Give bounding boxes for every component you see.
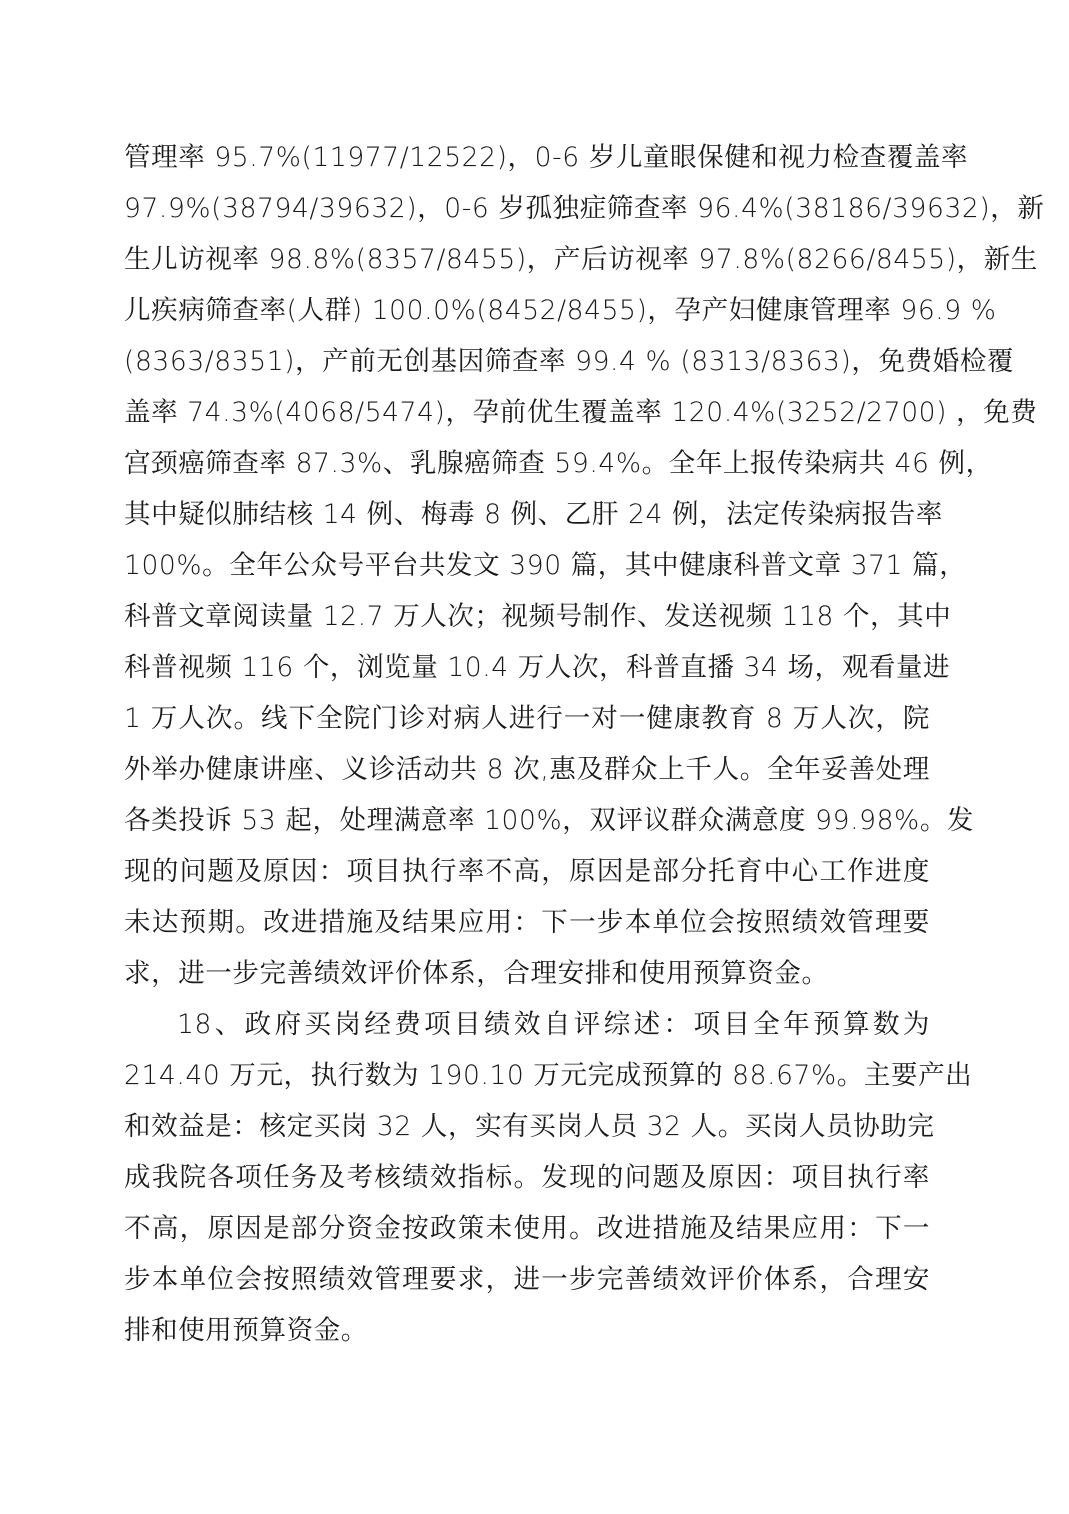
text-line: 科普视频 116 个，浏览量 10.4 万人次，科普直播 34 场，观看量进 (124, 648, 930, 688)
text-line: 其中疑似肺结核 14 例、梅毒 8 例、乙肝 24 例，法定传染病报告率 (124, 495, 930, 535)
text-line: 排和使用预算资金。 (124, 1311, 930, 1351)
document-page: 管理率 95.7%(11977/12522)，0-6 岁儿童眼保健和视力检查覆盖… (0, 0, 1069, 1514)
text-line: 各类投诉 53 起，处理满意率 100%，双评议群众满意度 99.98%。发 (124, 801, 930, 841)
text-line: 和效益是：核定买岗 32 人，实有买岗人员 32 人。买岗人员协助完 (124, 1107, 930, 1147)
text-line: 未达预期。改进措施及结果应用：下一步本单位会按照绩效管理要 (124, 903, 930, 943)
text-line: 步本单位会按照绩效管理要求，进一步完善绩效评价体系，合理安 (124, 1260, 930, 1300)
text-line: 现的问题及原因：项目执行率不高，原因是部分托育中心工作进度 (124, 852, 930, 892)
text-line: 成我院各项任务及考核绩效指标。发现的问题及原因：项目执行率 (124, 1158, 930, 1198)
paragraph-heading-line: 18、政府买岗经费项目绩效自评综述：项目全年预算数为 (177, 1005, 930, 1045)
text-line: 不高，原因是部分资金按政策未使用。改进措施及结果应用：下一 (124, 1209, 930, 1249)
text-line: 科普文章阅读量 12.7 万人次；视频号制作、发送视频 118 个，其中 (124, 597, 930, 637)
text-line: 97.9%(38794/39632)，0-6 岁孤独症筛查率 96.4%(381… (124, 189, 930, 229)
text-line: 生儿访视率 98.8%(8357/8455)，产后访视率 97.8%(8266/… (124, 240, 930, 280)
text-line: 盖率 74.3%(4068/5474)，孕前优生覆盖率 120.4%(3252/… (124, 393, 930, 433)
text-line: 100%。全年公众号平台共发文 390 篇，其中健康科普文章 371 篇， (124, 546, 930, 586)
text-line: 外举办健康讲座、义诊活动共 8 次,惠及群众上千人。全年妥善处理 (124, 750, 930, 790)
text-line: 求，进一步完善绩效评价体系，合理安排和使用预算资金。 (124, 954, 930, 994)
text-line: 儿疾病筛查率(人群) 100.0%(8452/8455)，孕产妇健康管理率 96… (124, 291, 930, 331)
text-line: (8363/8351)，产前无创基因筛查率 99.4 % (8313/8363)… (124, 342, 930, 382)
text-line: 214.40 万元，执行数为 190.10 万元完成预算的 88.67%。主要产… (124, 1056, 930, 1096)
text-line: 管理率 95.7%(11977/12522)，0-6 岁儿童眼保健和视力检查覆盖… (124, 138, 930, 178)
text-line: 1 万人次。线下全院门诊对病人进行一对一健康教育 8 万人次，院 (124, 699, 930, 739)
text-line: 宫颈癌筛查率 87.3%、乳腺癌筛查 59.4%。全年上报传染病共 46 例， (124, 444, 930, 484)
